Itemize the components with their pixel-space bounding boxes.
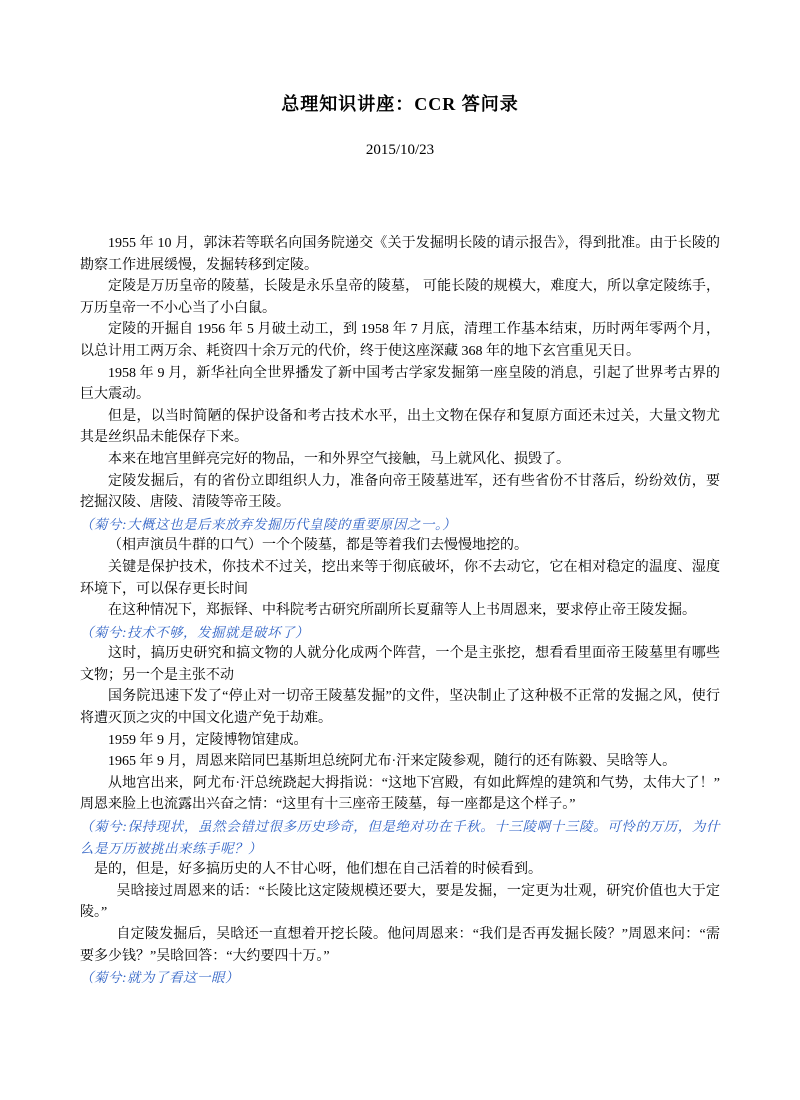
annotation-note: （菊兮:保持现状，虽然会错过很多历史珍奇，但是绝对功在千秋。十三陵啊十三陵。可怜… bbox=[80, 816, 720, 859]
body-paragraph: 1965 年 9 月，周恩来陪同巴基斯坦总统阿尤布·汗来定陵参观，随行的还有陈毅… bbox=[80, 751, 720, 773]
document-date: 2015/10/23 bbox=[80, 142, 720, 159]
body-paragraph: 在这种情况下，郑振铎、中科院考古研究所副所长夏鼐等人上书周恩来，要求停止帝王陵发… bbox=[80, 600, 720, 622]
body-paragraph: 吴晗接过周恩来的话：“长陵比这定陵规模还要大，要是发掘，一定更为壮观，研究价值也… bbox=[80, 881, 720, 924]
annotation-note: （菊兮:大概这也是后来放弃发掘历代皇陵的重要原因之一。） bbox=[80, 514, 720, 536]
body-paragraph: 1958 年 9 月，新华社向全世界播发了新中国考古学家发掘第一座皇陵的消息，引… bbox=[80, 363, 720, 406]
body-paragraph: 本来在地宫里鲜亮完好的物品，一和外界空气接触，马上就风化、损毁了。 bbox=[80, 449, 720, 471]
body-paragraph: 1959 年 9 月，定陵博物馆建成。 bbox=[80, 730, 720, 752]
body-paragraph: 1955 年 10 月，郭沫若等联名向国务院递交《关于发掘明长陵的请示报告》，得… bbox=[80, 233, 720, 276]
document-content: 总理知识讲座：CCR 答问录 2015/10/23 1955 年 10 月，郭沫… bbox=[0, 0, 800, 989]
body-paragraph: 但是，以当时简陋的保护设备和考古技术水平，出土文物在保存和复原方面还未过关，大量… bbox=[80, 406, 720, 449]
body-paragraph: 定陵的开掘自 1956 年 5 月破土动工，到 1958 年 7 月底，清理工作… bbox=[80, 319, 720, 362]
body-paragraph: （相声演员牛群的口气）一个个陵墓，都是等着我们去慢慢地挖的。 bbox=[80, 535, 720, 557]
annotation-note: （菊兮:技术不够，发掘就是破坏了） bbox=[80, 622, 720, 644]
document-page: 总理知识讲座：CCR 答问录 2015/10/23 1955 年 10 月，郭沫… bbox=[0, 0, 800, 1100]
document-body: 1955 年 10 月，郭沫若等联名向国务院递交《关于发掘明长陵的请示报告》，得… bbox=[80, 233, 720, 989]
document-title: 总理知识讲座：CCR 答问录 bbox=[80, 90, 720, 116]
body-paragraph: 定陵发掘后，有的省份立即组织人力，准备向帝王陵墓进军，还有些省份不甘落后，纷纷效… bbox=[80, 471, 720, 514]
annotation-note: （菊兮:就为了看这一眼） bbox=[80, 967, 720, 989]
body-paragraph: 这时，搞历史研究和搞文物的人就分化成两个阵营，一个是主张挖，想看看里面帝王陵墓里… bbox=[80, 643, 720, 686]
body-paragraph: 自定陵发掘后，吴晗还一直想着开挖长陵。他问周恩来：“我们是否再发掘长陵？”周恩来… bbox=[80, 924, 720, 967]
body-paragraph: 关键是保护技术，你技术不过关，挖出来等于彻底破坏，你不去动它，它在相对稳定的温度… bbox=[80, 557, 720, 600]
body-paragraph: 定陵是万历皇帝的陵墓，长陵是永乐皇帝的陵墓， 可能长陵的规模大，难度大，所以拿定… bbox=[80, 276, 720, 319]
body-paragraph: 从地宫出来，阿尤布·汗总统跷起大拇指说：“这地下宫殿，有如此辉煌的建筑和气势，太… bbox=[80, 773, 720, 816]
body-paragraph: 国务院迅速下发了“停止对一切帝王陵墓发掘”的文件，坚决制止了这种极不正常的发掘之… bbox=[80, 686, 720, 729]
body-paragraph: 是的，但是，好多搞历史的人不甘心呀，他们想在自己活着的时候看到。 bbox=[80, 859, 720, 881]
